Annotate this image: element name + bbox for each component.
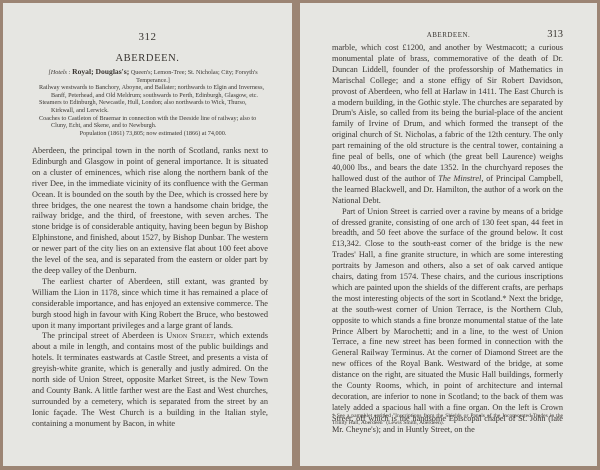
railway-info: Railway westwards to Banchory, Aboyne, a… <box>39 84 267 99</box>
page-number-right: 313 <box>547 29 563 40</box>
hotels-rest: Queen's; Lemon-Tree; St. Nicholas; City;… <box>131 69 258 84</box>
paragraph: Aberdeen, the principal town in the nort… <box>32 146 268 277</box>
population-info: Population (1861) 73,805; now estimated … <box>39 130 267 138</box>
footnote: * See a pamphlet entitled "Inscriptions … <box>332 413 563 427</box>
travel-info-block: [Hotels : Royal; Douglas's; Queen's; Lem… <box>39 68 267 137</box>
hotels-line: [Hotels : Royal; Douglas's; Queen's; Lem… <box>39 68 267 84</box>
steamers-info: Steamers to Edinburgh, Newcastle, Hull, … <box>39 99 267 114</box>
left-body-text: Aberdeen, the principal town in the nort… <box>32 146 268 430</box>
chapter-title: ABERDEEN. <box>3 53 292 64</box>
coaches-info: Coaches to Castleton of Braemar in conne… <box>39 115 267 130</box>
right-body-text: marble, which cost £1200, and another by… <box>332 43 563 436</box>
hotels-prefix: [Hotels : <box>48 69 70 76</box>
hotels-main: Royal; Douglas's; <box>72 67 129 76</box>
paragraph: The principal street of Aberdeen is Unio… <box>32 331 268 429</box>
left-page: 312 ABERDEEN. [Hotels : Royal; Douglas's… <box>3 3 292 466</box>
the-minstrel-title: The Minstrel <box>438 174 481 183</box>
paragraph: Part of Union Street is carried over a r… <box>332 207 563 436</box>
union-street-smallcaps: Union Street <box>166 331 214 340</box>
page-number-left: 312 <box>3 31 292 43</box>
paragraph: marble, which cost £1200, and another by… <box>332 43 563 207</box>
right-page: ABERDEEN. 313 marble, which cost £1200, … <box>300 3 597 466</box>
paragraph: The earliest charter of Aberdeen, still … <box>32 277 268 332</box>
